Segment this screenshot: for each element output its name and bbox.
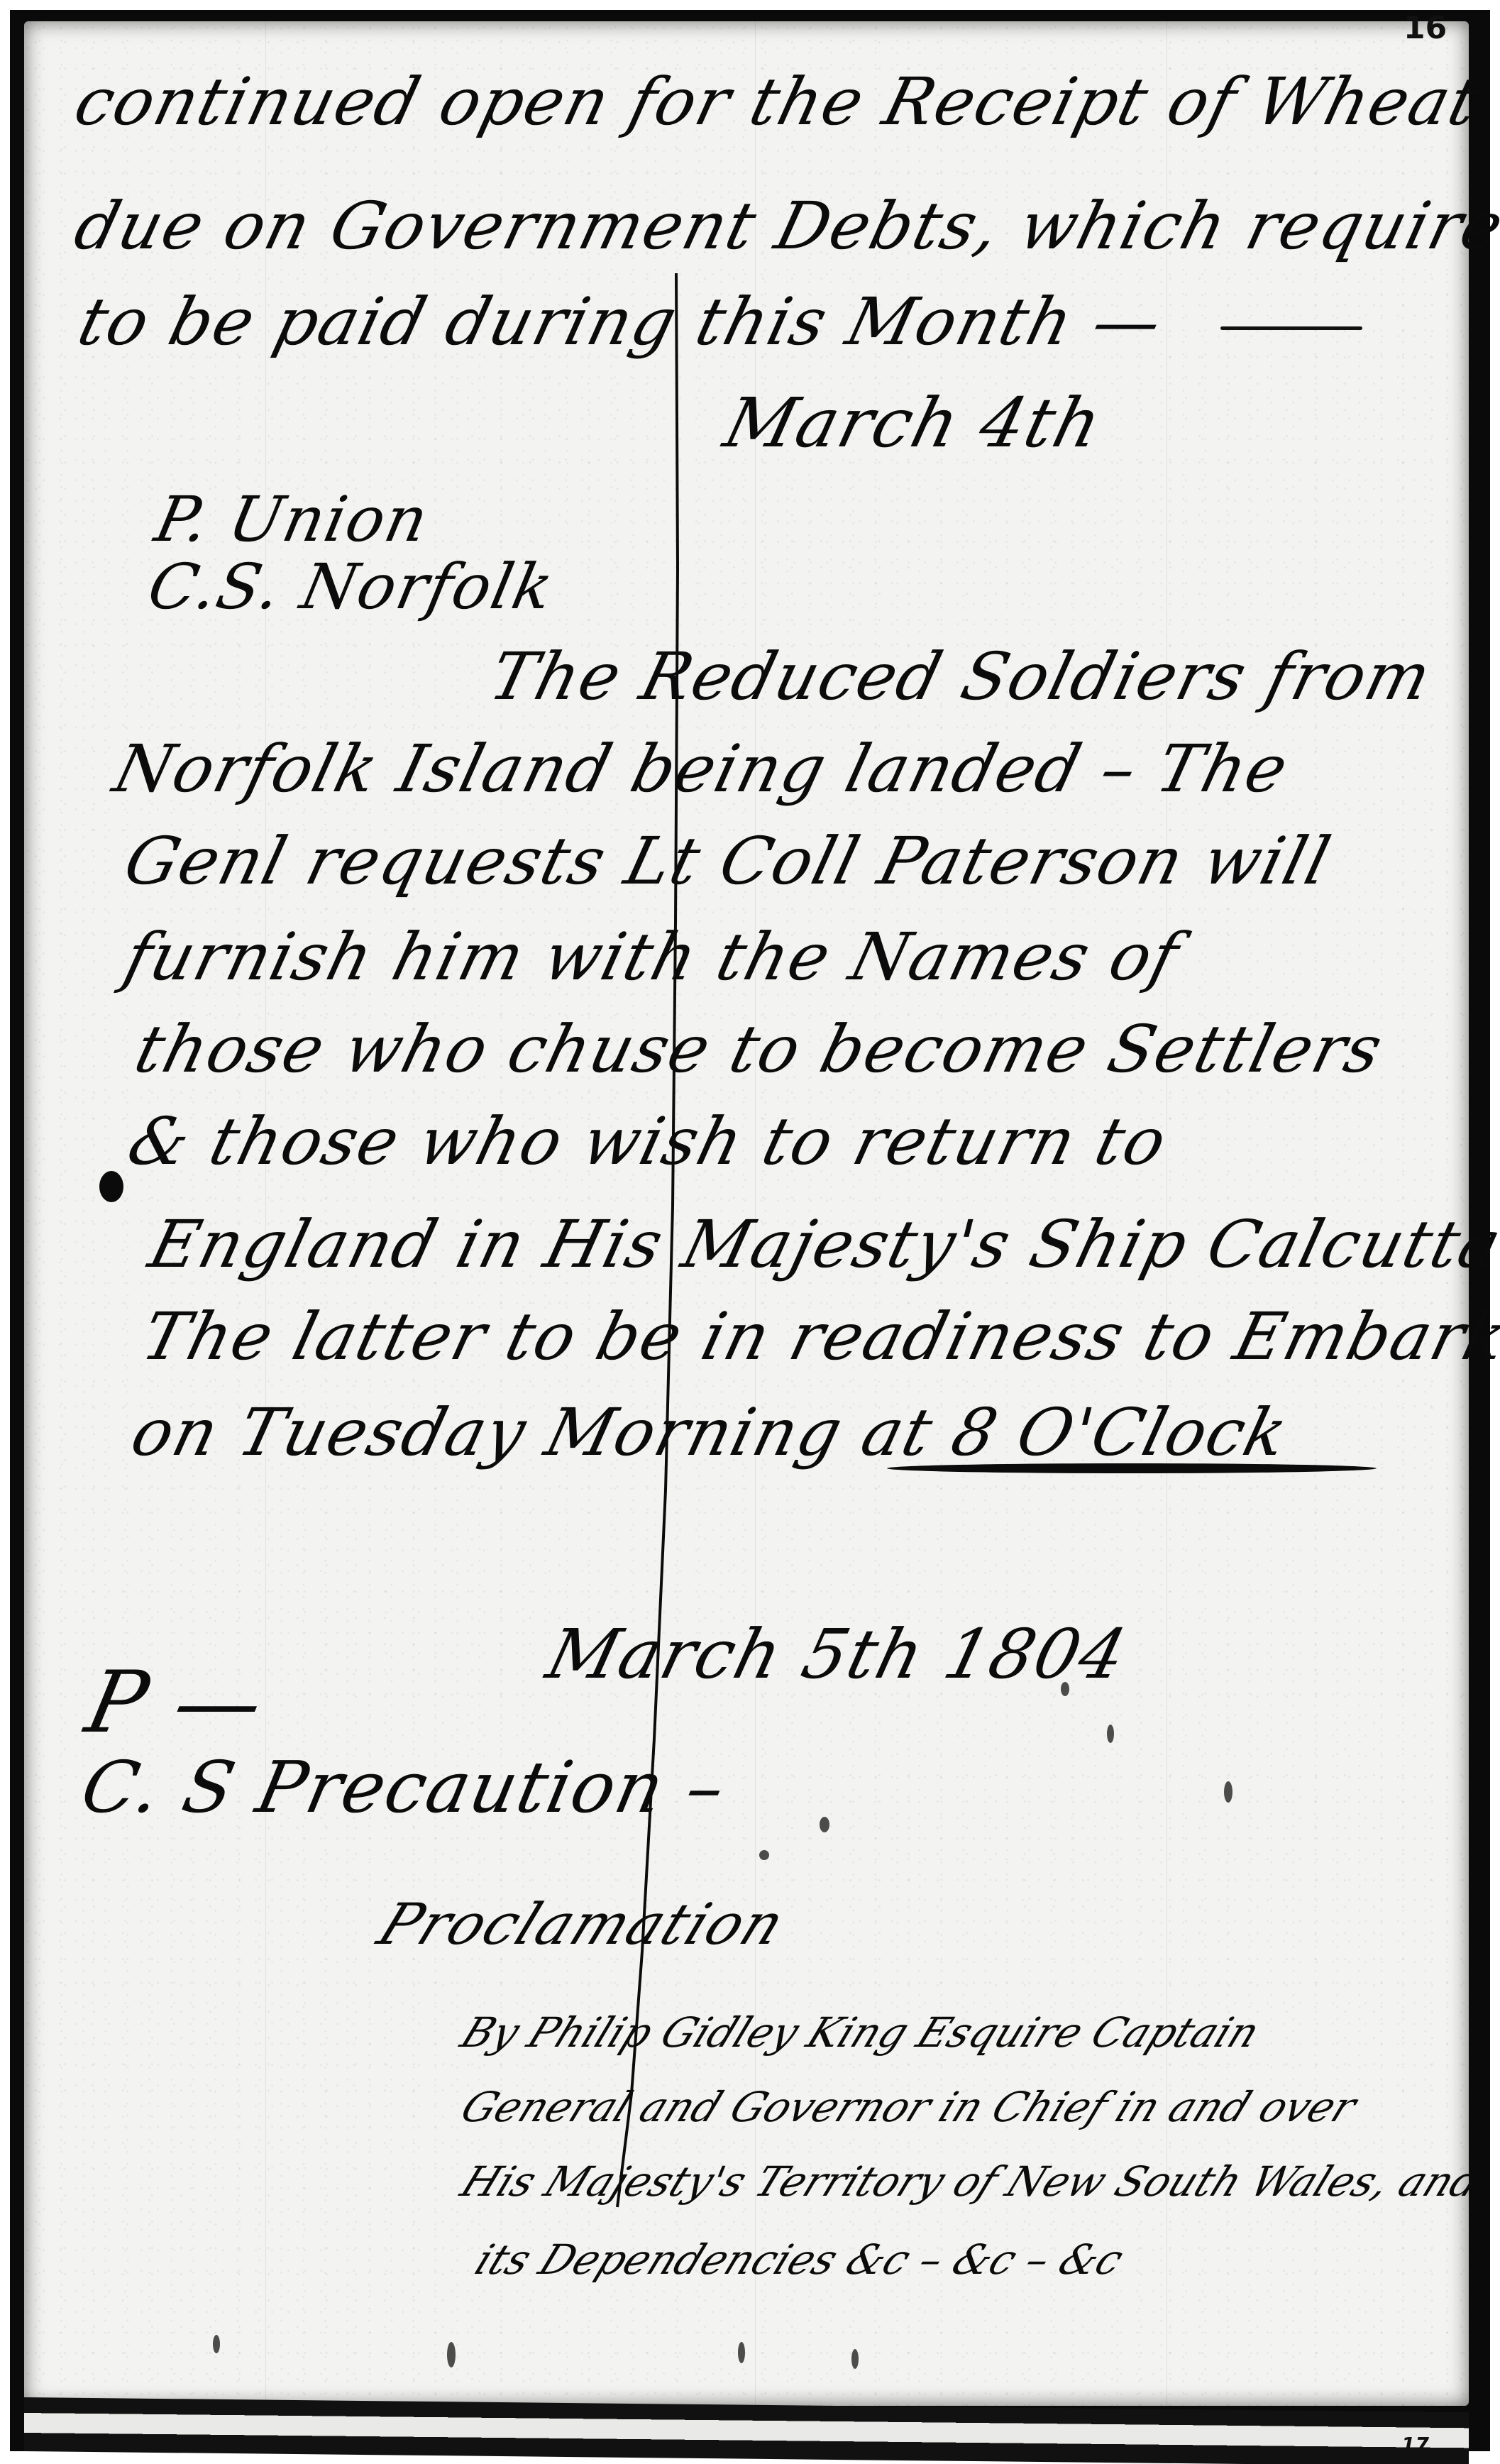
entry-1-date: March 4th (717, 383, 1110, 463)
entry-2-margin-line-2: C. S Precaution – (75, 1746, 734, 1829)
entry-1-line-9: on Tuesday Morning at 8 O'Clock (124, 1395, 1296, 1470)
dash-stroke (1220, 326, 1362, 330)
entry-1-line-7: England in His Majesty's Ship Calcutta (142, 1206, 1500, 1282)
ink-speck (738, 2342, 745, 2363)
entry-2-date: March 5th 1804 (539, 1615, 1135, 1694)
ink-speck (447, 2342, 456, 2367)
entry-1-margin-line-2: C.S. Norfolk (142, 550, 561, 623)
entry-2-margin-line-1: P — (78, 1654, 272, 1752)
proclamation-line-2: General and Governor in Chief in and ove… (454, 2083, 1364, 2131)
ink-speck (1061, 1682, 1069, 1696)
ink-speck (820, 1817, 829, 1832)
next-page-number: 17 (1401, 2433, 1429, 2456)
entry-1-margin-line-1: P. Union (149, 483, 436, 556)
ink-speck (1224, 1781, 1232, 1803)
proclamation-line-4: its Dependencies &c – &c – &c (468, 2235, 1131, 2284)
proclamation-line-3: His Majesty's Territory of New South Wal… (454, 2157, 1489, 2206)
continuation-line-1: continued open for the Receipt of Wheat (67, 64, 1487, 140)
entry-1-line-3: Genl requests Lt Coll Paterson will (117, 823, 1339, 899)
page-number: 16 (1404, 10, 1447, 46)
proclamation-line-1: By Philip Gidley King Esquire Captain (454, 2008, 1267, 2057)
entry-1-line-2: Norfolk Island being landed – The (106, 731, 1296, 807)
ink-speck (851, 2349, 859, 2369)
entry-1-line-1: The Reduced Soldiers from (482, 639, 1440, 715)
entry-1-line-6: & those who wish to return to (121, 1104, 1175, 1179)
entry-1-line-8: The latter to be in readiness to Embark (135, 1299, 1500, 1375)
ink-blot (99, 1171, 123, 1202)
proclamation-title: Proclamation (369, 1891, 795, 1957)
ink-speck (759, 1850, 769, 1860)
continuation-line-2: due on Government Debts, which require (67, 188, 1500, 264)
entry-1-line-4: furnish him with the Names of (117, 919, 1187, 995)
underline-stroke (887, 1463, 1377, 1473)
continuation-line-3: to be paid during this Month — (71, 284, 1171, 360)
ink-speck (1107, 1725, 1114, 1743)
ink-speck (213, 2335, 220, 2353)
entry-1-line-5: those who chuse to become Settlers (128, 1011, 1391, 1087)
